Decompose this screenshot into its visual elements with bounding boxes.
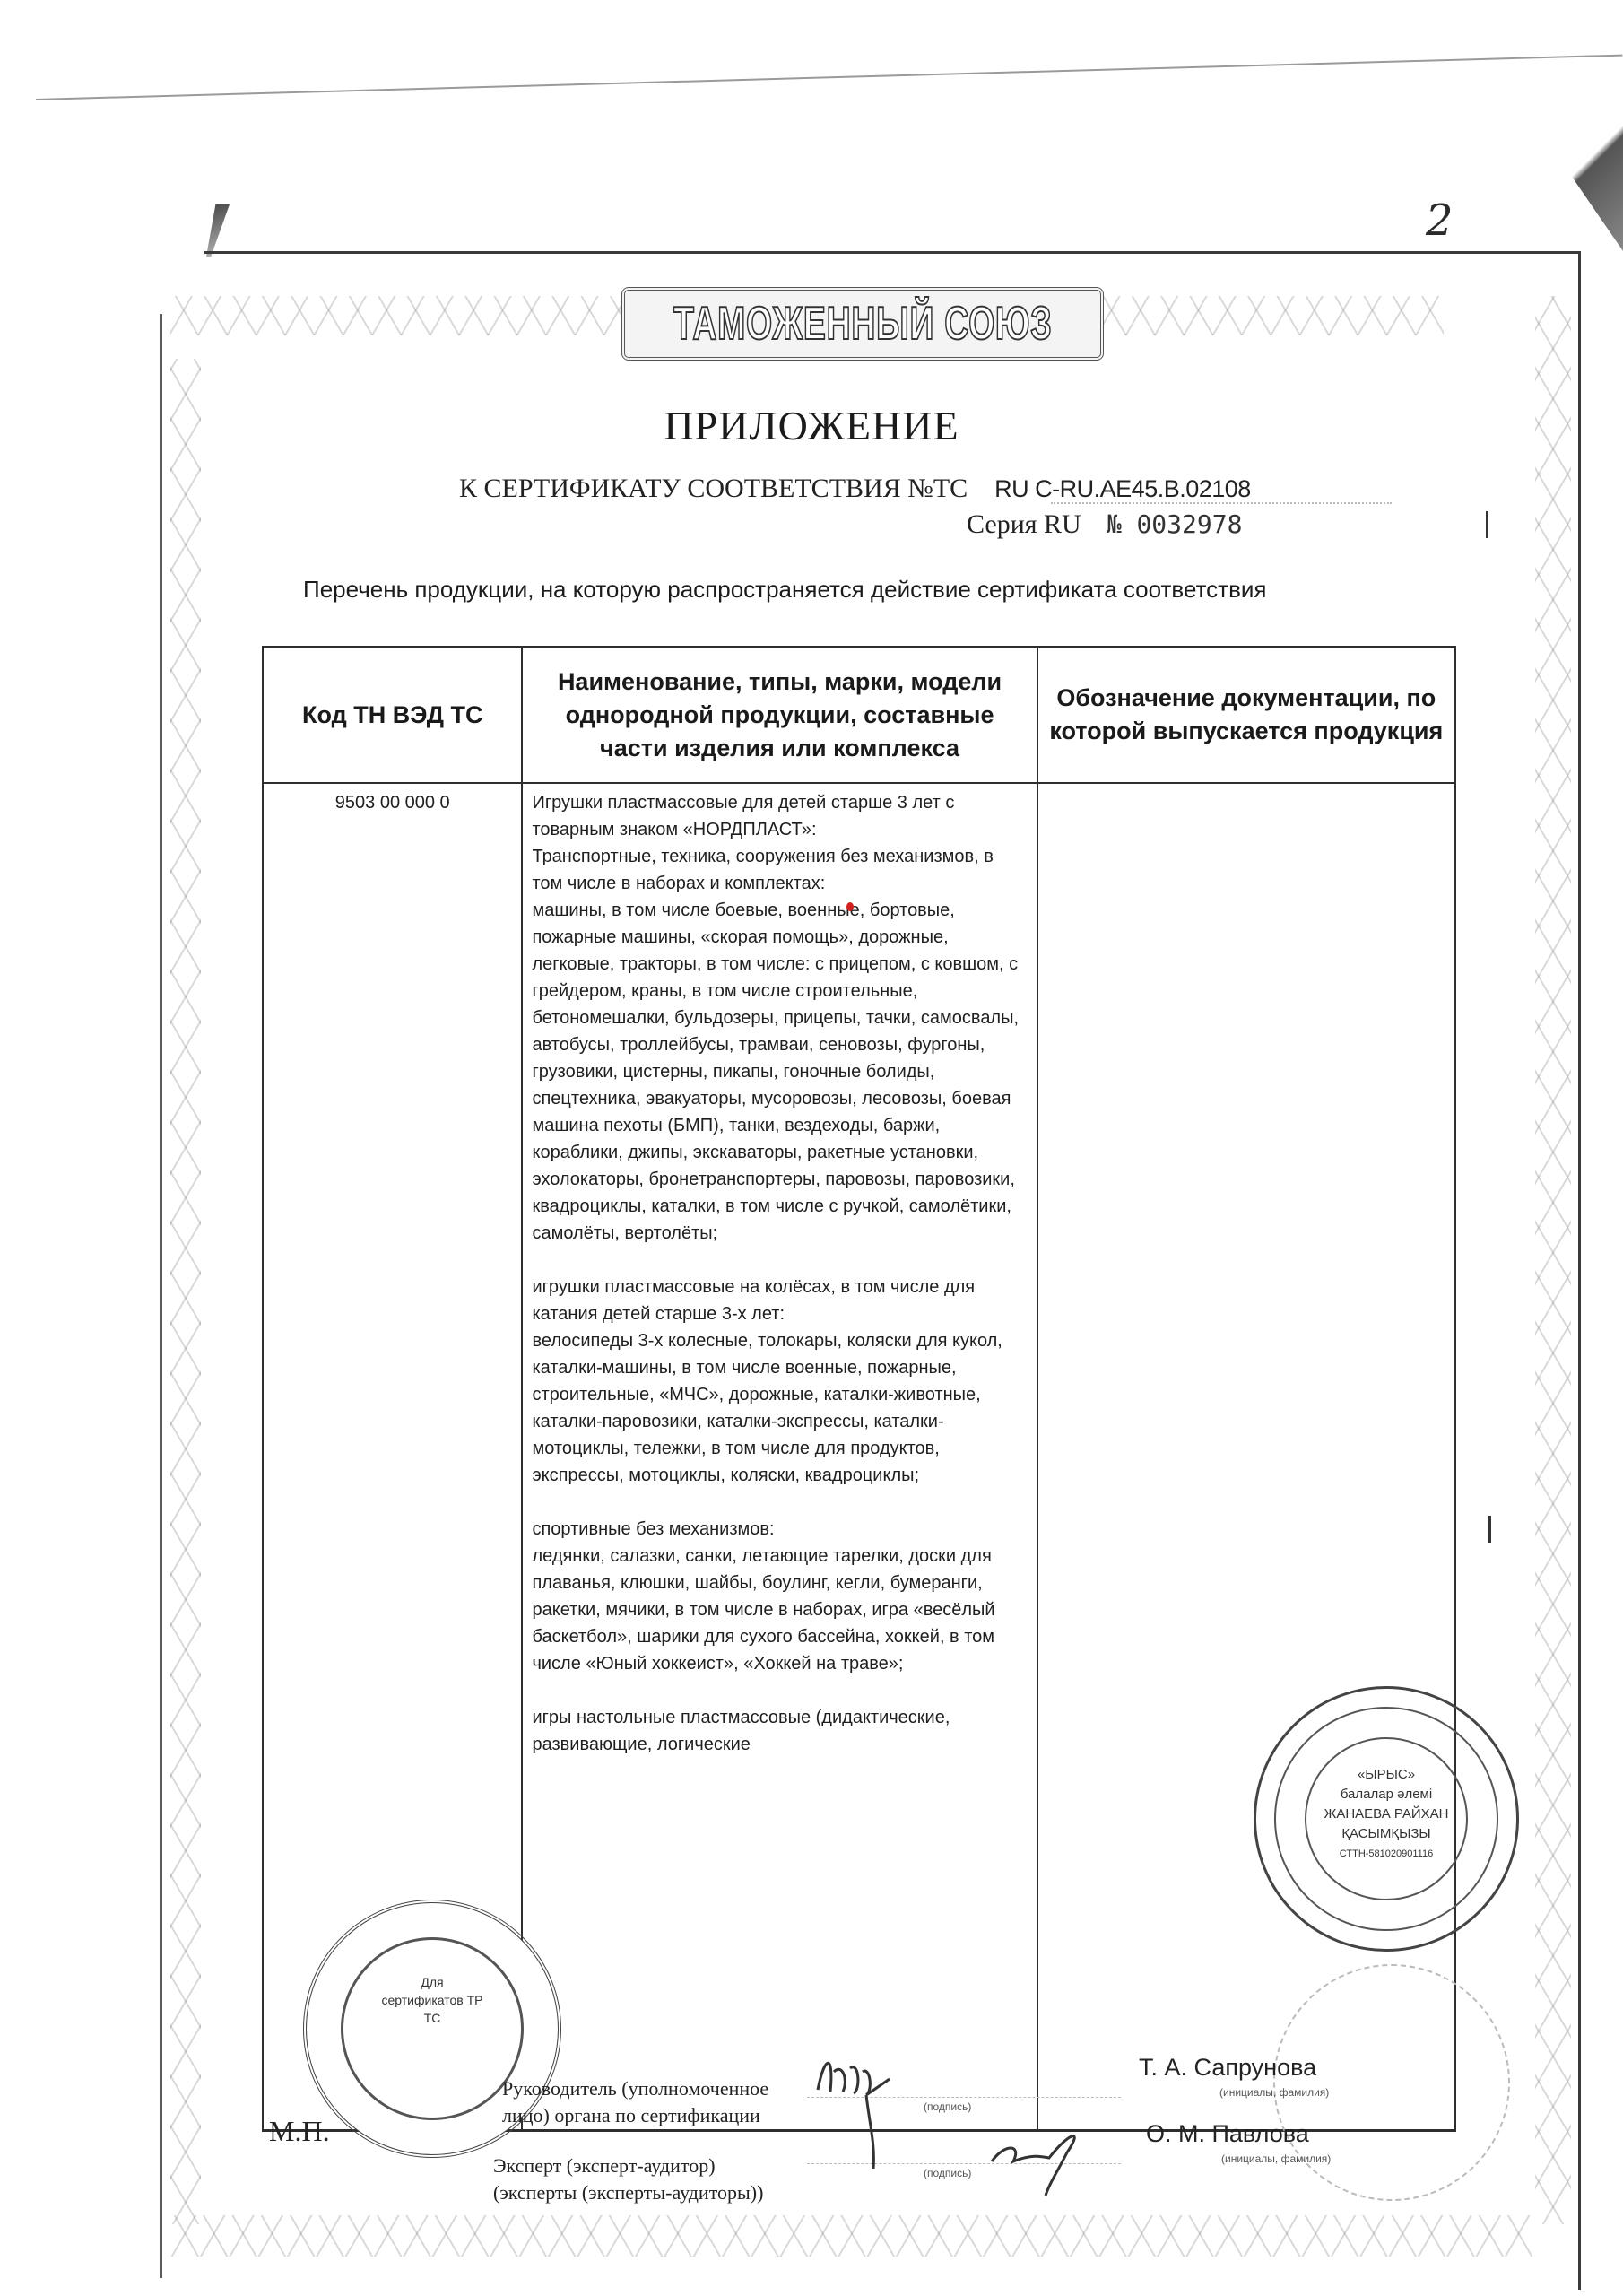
guilloche-border-left — [170, 359, 201, 2224]
certificate-number: RU C-RU.AE45.B.02108 — [994, 475, 1251, 502]
ink-mark — [846, 902, 854, 911]
corner-mark — [206, 204, 230, 257]
header-code: Код ТН ВЭД ТС — [263, 647, 522, 783]
name-caption: (инициалы, фамилия) — [1221, 2152, 1331, 2165]
certificate-line: К СЕРТИФИКАТУ СООТВЕТСТВИЯ №ТСRU C-RU.AE… — [459, 474, 1251, 504]
guilloche-border-bottom — [170, 2215, 1533, 2257]
scan-edge-line — [36, 55, 1622, 100]
description-paragraph: Игрушки пластмассовые для детей старше 3… — [532, 789, 1027, 1247]
head-label-line: лицо) органа по сертификации — [502, 2102, 768, 2129]
certificate-label: К СЕРТИФИКАТУ СООТВЕТСТВИЯ №ТС — [459, 474, 968, 503]
head-label: Руководитель (уполномоченное лицо) орган… — [502, 2075, 768, 2129]
description-paragraph: спортивные без механизмов: ледянки, сала… — [532, 1516, 1027, 1677]
scan-shadow — [1524, 108, 1623, 251]
faint-stamp — [1273, 1964, 1510, 2201]
page-number: 2 — [1426, 196, 1454, 246]
stamp-center-text: «ЫРЫС» балалар әлемі ЖАНАЕВА РАЙХАН ҚАСЫ… — [1310, 1765, 1462, 1864]
header-name: Наименование, типы, марки, модели одноро… — [522, 647, 1037, 783]
description-paragraph: игрушки пластмассовые на колёсах, в том … — [532, 1274, 1027, 1489]
margin-mark — [1486, 511, 1488, 538]
table-header-row: Код ТН ВЭД ТС Наименование, типы, марки,… — [263, 647, 1455, 783]
series-number: № 0032978 — [1107, 509, 1243, 539]
head-name: Т. А. Сапрунова — [1139, 2054, 1316, 2082]
stamp-line: балалар әлемі — [1310, 1785, 1462, 1805]
guilloche-border-right — [1535, 296, 1571, 2224]
header-documentation: Обозначение документации, по которой вып… — [1037, 647, 1455, 783]
cell-description: Игрушки пластмассовые для детей старше 3… — [522, 783, 1037, 2131]
series-label: Серия RU — [967, 509, 1081, 539]
seller-stamp: «ЫРЫС» балалар әлемі ЖАНАЕВА РАЙХАН ҚАСЫ… — [1254, 1686, 1519, 1952]
seal-place-label: М.П. — [269, 2115, 330, 2148]
stamp-line: ҚАСЫМҚЫЗЫ — [1310, 1824, 1462, 1844]
customs-union-banner: ТАМОЖЕННЫЙ СОЮЗ — [621, 287, 1104, 361]
banner-text: ТАМОЖЕННЫЙ СОЮЗ — [673, 297, 1052, 351]
series-line: Серия RU№ 0032978 — [967, 509, 1242, 540]
stamp-center-text: Для сертификатов ТР ТС — [378, 1973, 486, 2027]
expert-label-line: (эксперты (эксперты-аудиторы)) — [493, 2179, 763, 2206]
signature-caption: (подпись) — [924, 2100, 971, 2113]
description-paragraph: игры настольные пластмассовые (дидактиче… — [532, 1704, 1027, 1758]
list-caption: Перечень продукции, на которую распростр… — [303, 576, 1266, 604]
expert-label-line: Эксперт (эксперт-аудитор) — [493, 2152, 763, 2179]
stamp-line: ЖАНАЕВА РАЙХАН — [1310, 1805, 1462, 1824]
expert-signature — [986, 2099, 1094, 2197]
expert-name: О. М. Павлова — [1146, 2120, 1309, 2148]
margin-mark — [1488, 1516, 1491, 1543]
document-title: ПРИЛОЖЕНИЕ — [0, 402, 1623, 449]
expert-label: Эксперт (эксперт-аудитор) (эксперты (экс… — [493, 2152, 763, 2206]
certificate-underline — [1051, 502, 1392, 504]
signature-caption: (подпись) — [924, 2167, 971, 2179]
stamp-line: СТТН-581020901116 — [1310, 1844, 1462, 1864]
name-caption: (инициалы, фамилия) — [1219, 2086, 1329, 2099]
stamp-line: «ЫРЫС» — [1310, 1765, 1462, 1785]
head-label-line: Руководитель (уполномоченное — [502, 2075, 768, 2102]
head-signature — [807, 2036, 915, 2170]
